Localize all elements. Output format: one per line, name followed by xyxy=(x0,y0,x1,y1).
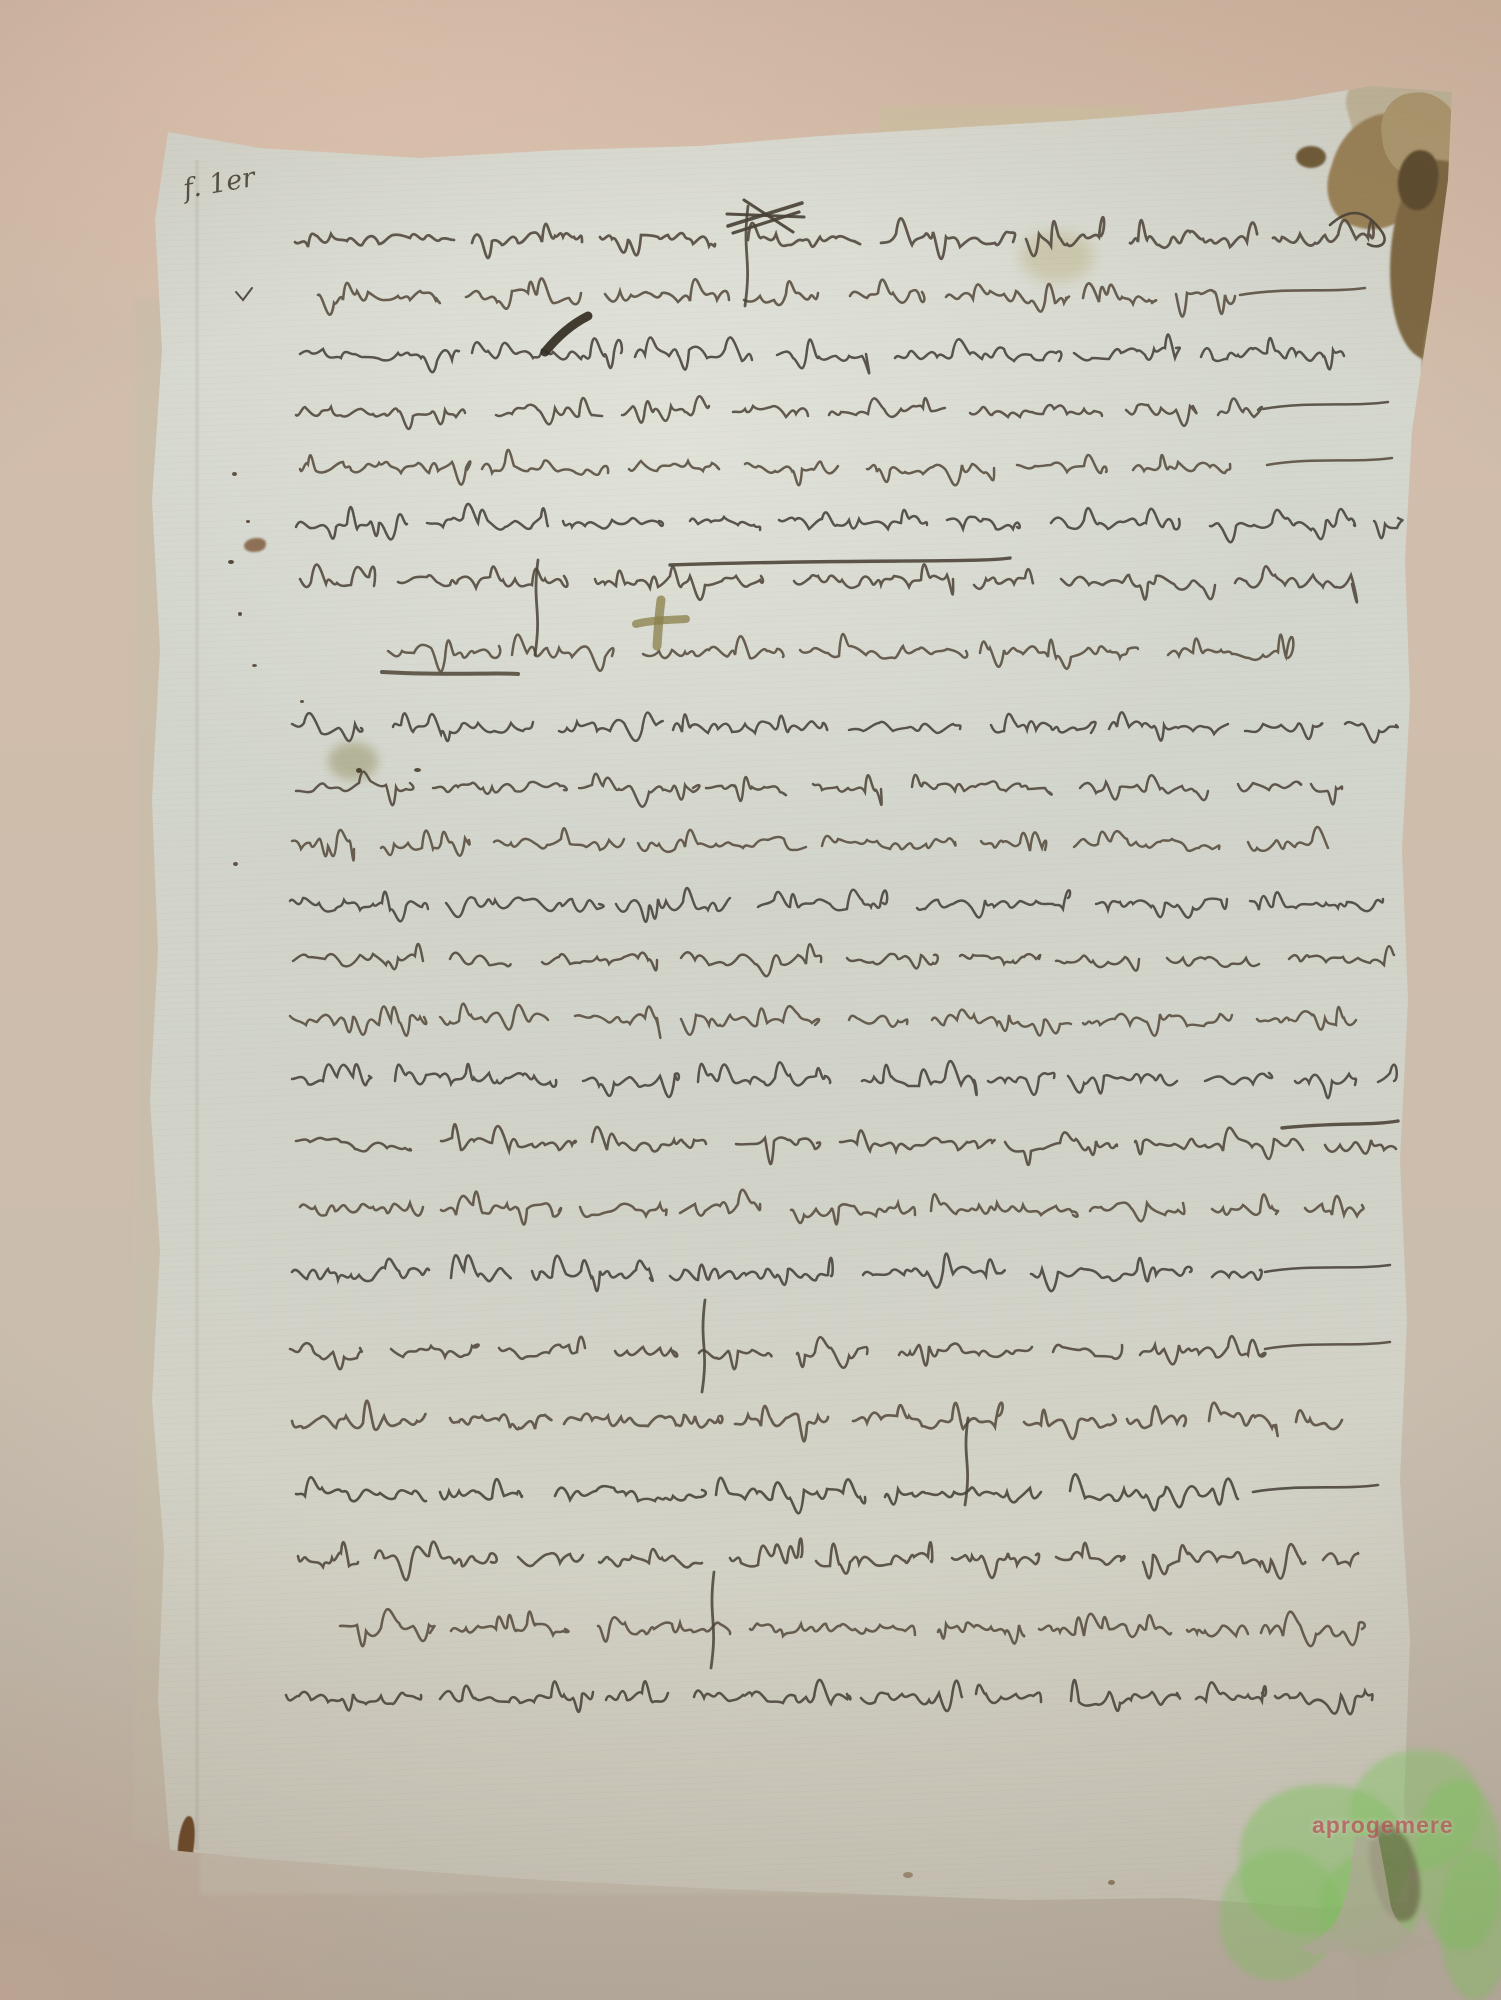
manuscript-page: f. 1er xyxy=(0,0,1501,2000)
watermark-text: aprogemere xyxy=(1312,1812,1492,1839)
handwriting-svg xyxy=(0,0,1501,2000)
tear-mark-small xyxy=(155,1866,181,1880)
edge-streak xyxy=(1428,380,1452,540)
watermark-trunk xyxy=(1260,1836,1500,2000)
manuscript-photo: f. 1er aprogemere xyxy=(0,0,1501,2000)
watermark-logo: aprogemere xyxy=(1200,1740,1501,2000)
